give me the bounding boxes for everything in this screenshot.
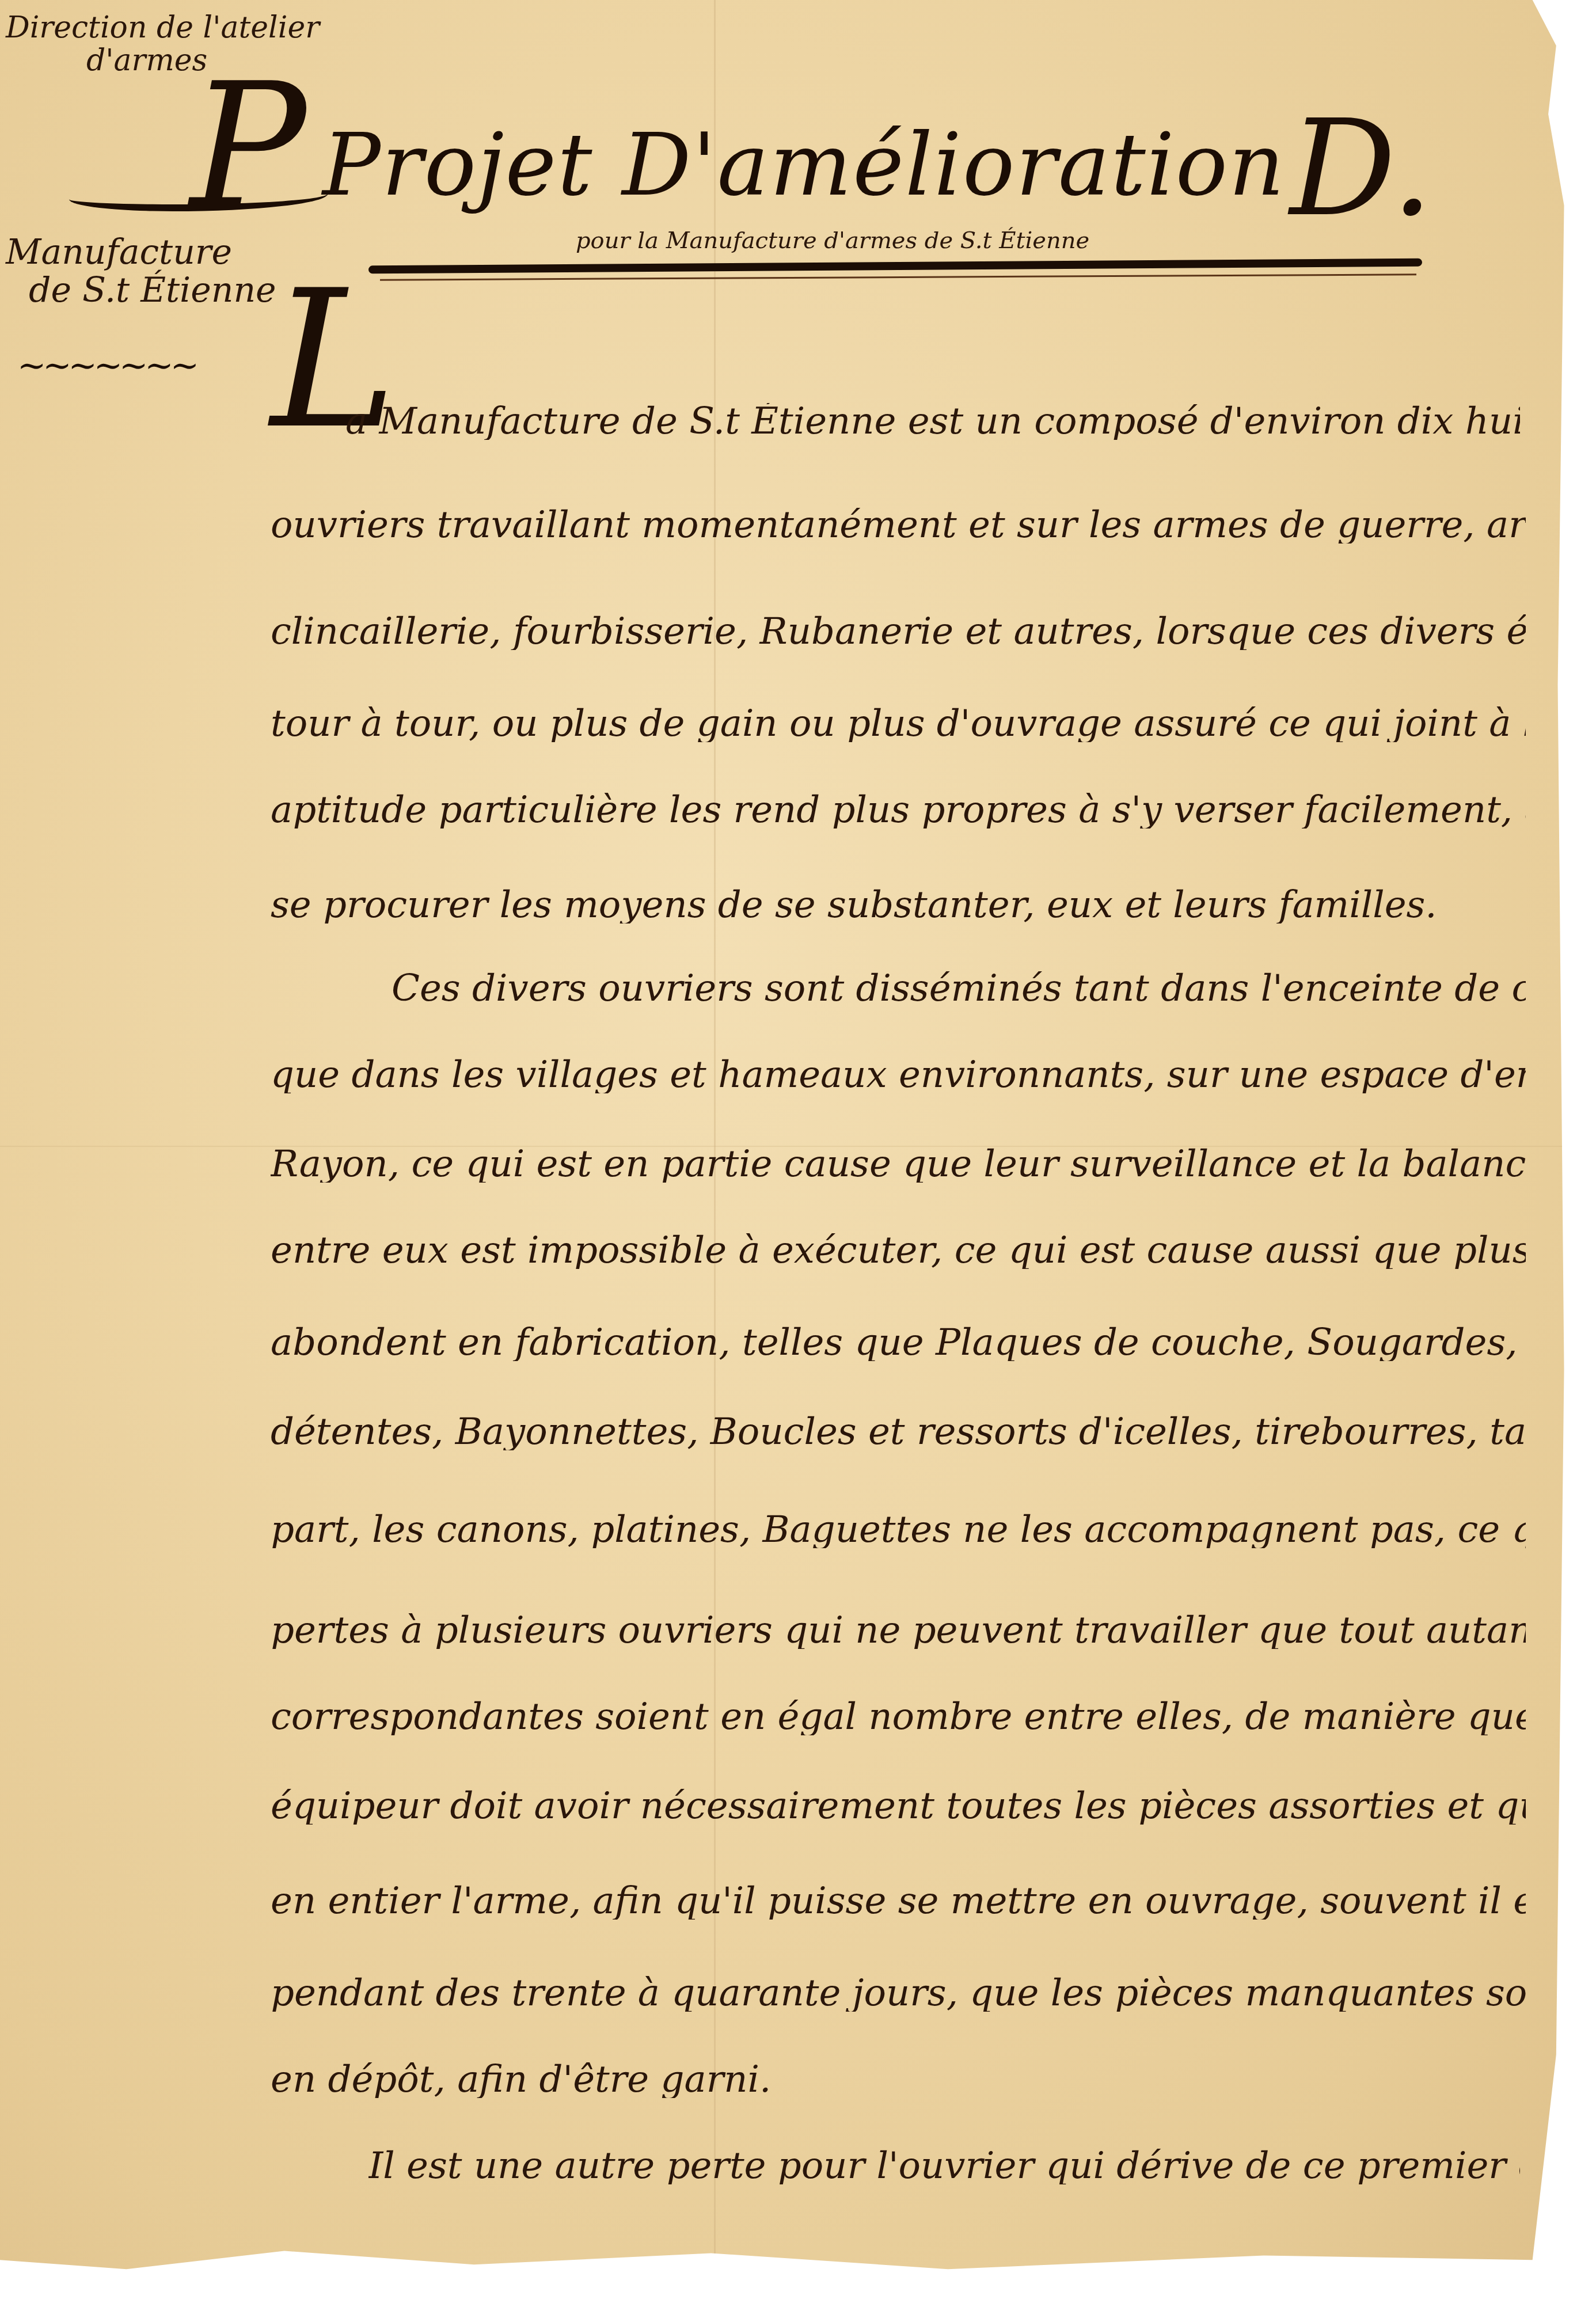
body-line-text: clincaillerie, fourbisserie, Rubanerie e… — [271, 613, 1526, 650]
body-line-text: pendant des trente à quarante jours, que… — [271, 1975, 1526, 2012]
title-flourish: D. — [1290, 92, 1433, 246]
body-line-text: tour à tour, ou plus de gain ou plus d'o… — [271, 705, 1526, 742]
body-line-text: en dépôt, afin d'être garni. — [271, 2061, 771, 2098]
body-line: correspondantes soient en égal nombre en… — [271, 1698, 1526, 1735]
body-line: aptitude particulière les rend plus prop… — [271, 792, 1526, 829]
body-line-text: Il est une autre perte pour l'ouvrier qu… — [368, 2148, 1520, 2184]
paper-fold-vertical — [714, 0, 716, 2283]
body-line: entre eux est impossible à exécuter, ce … — [271, 1232, 1526, 1269]
page-subtitle: pour la Manufacture d'armes de S.t Étien… — [576, 227, 1089, 254]
body-line: Rayon, ce qui est en partie cause que le… — [271, 1146, 1526, 1183]
body-line-text: abondent en fabrication, telles que Plaq… — [271, 1324, 1526, 1361]
body-line: a Manufacture de S.t Étienne est un comp… — [345, 403, 1520, 440]
body-line-text: part, les canons, platines, Baguettes ne… — [271, 1511, 1526, 1548]
title-rule-thin — [380, 273, 1416, 280]
body-line-text: pertes à plusieurs ouvriers qui ne peuve… — [271, 1612, 1526, 1649]
body-line-indented: Ces divers ouvriers sont disséminés tant… — [392, 970, 1526, 1007]
body-line-text: équipeur doit avoir nécessairement toute… — [271, 1788, 1526, 1825]
body-line: en entier l'arme, afin qu'il puisse se m… — [271, 1883, 1526, 1920]
body-line-text: entre eux est impossible à exécuter, ce … — [271, 1232, 1526, 1269]
body-line: en dépôt, afin d'être garni. — [271, 2061, 1526, 2098]
body-line: abondent en fabrication, telles que Plaq… — [271, 1324, 1526, 1361]
title-rule-thick — [368, 259, 1422, 274]
body-line: part, les canons, platines, Baguettes ne… — [271, 1511, 1526, 1548]
body-line-text: a Manufacture de S.t Étienne est un comp… — [345, 403, 1520, 440]
margin-squiggle-ornament: ∼∼∼∼∼∼∼ — [17, 345, 196, 386]
body-line-text: en entier l'arme, afin qu'il puisse se m… — [271, 1883, 1526, 1920]
body-line-text: Ces divers ouvriers sont disséminés tant… — [392, 970, 1526, 1007]
body-line-text: détentes, Bayonnettes, Boucles et ressor… — [271, 1413, 1526, 1450]
body-line-text: aptitude particulière les rend plus prop… — [271, 792, 1526, 829]
body-line: que dans les villages et hameaux environ… — [271, 1057, 1526, 1093]
body-line-text: se procurer les moyens de se substanter,… — [271, 887, 1437, 924]
body-line: se procurer les moyens de se substanter,… — [271, 887, 1526, 924]
body-line: ouvriers travaillant momentanément et su… — [271, 507, 1526, 544]
margin-heading-line-1: Direction de l'atelier — [6, 12, 320, 44]
manuscript-page: Direction de l'atelier d'armes Manufactu… — [0, 0, 1580, 2283]
body-line: équipeur doit avoir nécessairement toute… — [271, 1788, 1526, 1825]
body-line-text: ouvriers travaillant momentanément et su… — [271, 507, 1526, 544]
title-initial-letter: P — [190, 46, 306, 247]
margin-subheading-line-2: de S.t Étienne — [6, 271, 276, 309]
body-line-indented: Il est une autre perte pour l'ouvrier qu… — [368, 2148, 1520, 2184]
body-line-text: Rayon, ce qui est en partie cause que le… — [271, 1146, 1526, 1183]
page-title: Projet D'amélioration — [322, 115, 1286, 215]
body-line: pertes à plusieurs ouvriers qui ne peuve… — [271, 1612, 1526, 1649]
body-line: clincaillerie, fourbisserie, Rubanerie e… — [271, 613, 1526, 650]
body-line: détentes, Bayonnettes, Boucles et ressor… — [271, 1413, 1526, 1450]
body-line-text: que dans les villages et hameaux environ… — [271, 1057, 1526, 1093]
body-line-text: correspondantes soient en égal nombre en… — [271, 1698, 1526, 1735]
body-line: tour à tour, ou plus de gain ou plus d'o… — [271, 705, 1526, 742]
body-line: pendant des trente à quarante jours, que… — [271, 1975, 1526, 2012]
